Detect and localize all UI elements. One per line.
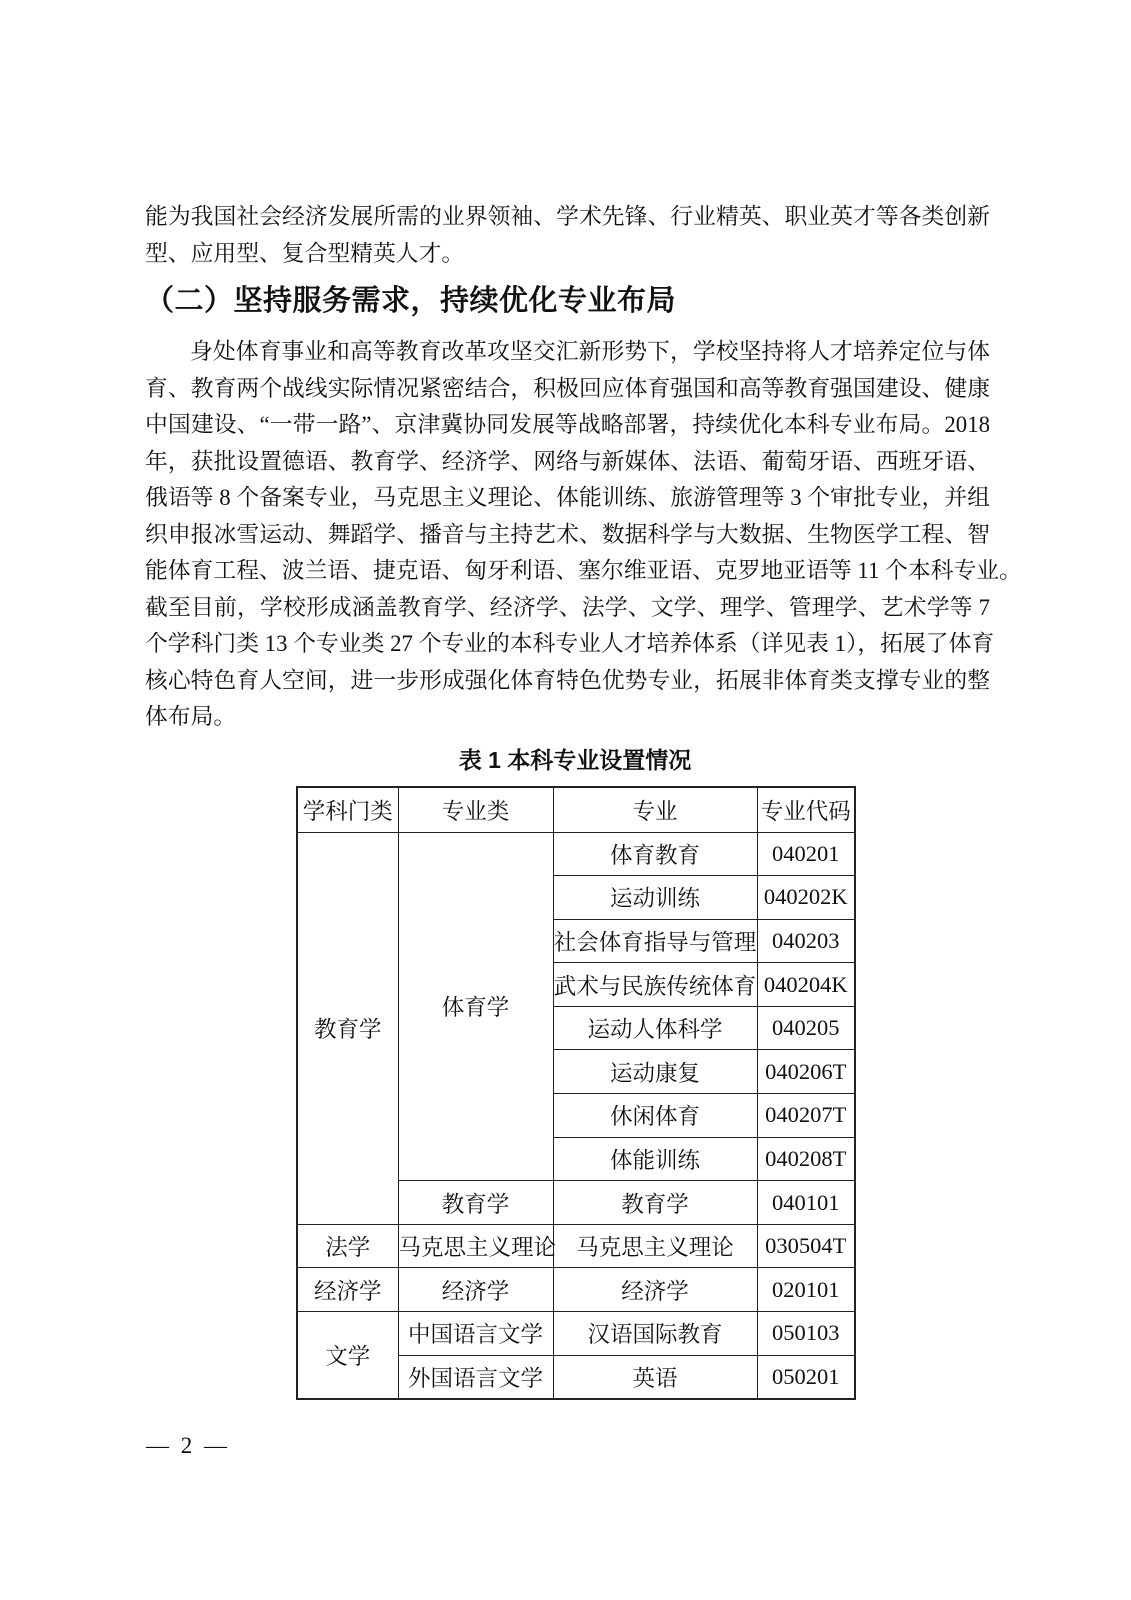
cell-code: 030504T (757, 1224, 855, 1268)
text-line: 中国建设、“一带一路”、京津冀协同发展等战略部署，持续优化本科专业布局。2018 (145, 407, 990, 444)
document-page: 能为我国社会经济发展所需的业界领袖、学术先锋、行业精英、职业英才等各类创新 型、… (0, 0, 1131, 1600)
cell-major: 马克思主义理论 (553, 1224, 757, 1268)
cell-major-class: 经济学 (398, 1268, 553, 1312)
col-header-major: 专业 (553, 787, 757, 833)
table-row: 经济学 经济学 经济学 020101 (297, 1268, 855, 1312)
cell-discipline: 文学 (297, 1312, 398, 1400)
page-number: — 2 — (146, 1433, 230, 1459)
text-line: 截至目前，学校形成涵盖教育学、经济学、法学、文学、理学、管理学、艺术学等 7 (145, 590, 990, 627)
text-line: 个学科门类 13 个专业类 27 个专业的本科专业人才培养体系（详见表 1），拓… (145, 626, 990, 663)
cell-code: 040204K (757, 963, 855, 1007)
cell-major: 休闲体育 (553, 1094, 757, 1138)
text-line: 核心特色育人空间，进一步形成强化体育特色优势专业，拓展非体育类支撑专业的整 (145, 663, 990, 700)
cell-major-class: 马克思主义理论 (398, 1224, 553, 1268)
body-paragraph: 身处体育事业和高等教育改革攻坚交汇新形势下，学校坚持将人才培养定位与体 育、教育… (145, 334, 990, 736)
cell-major: 英语 (553, 1355, 757, 1399)
table-header-row: 学科门类 专业类 专业 专业代码 (297, 787, 855, 833)
cell-major: 体能训练 (553, 1137, 757, 1181)
text-line: 能为我国社会经济发展所需的业界领袖、学术先锋、行业精英、职业英才等各类创新 (145, 199, 990, 236)
cell-major: 武术与民族传统体育 (553, 963, 757, 1007)
majors-table: 学科门类 专业类 专业 专业代码 教育学 体育学 体育教育 040201 运动训… (296, 786, 856, 1401)
col-header-discipline: 学科门类 (297, 787, 398, 833)
text-line: 年，获批设置德语、教育学、经济学、网络与新媒体、法语、葡萄牙语、西班牙语、 (145, 444, 990, 481)
cell-code: 040206T (757, 1050, 855, 1094)
cell-major: 运动人体科学 (553, 1006, 757, 1050)
text-line: 俄语等 8 个备案专业，马克思主义理论、体能训练、旅游管理等 3 个审批专业，并… (145, 480, 990, 517)
cell-major: 经济学 (553, 1268, 757, 1312)
text-line: 型、应用型、复合型精英人才。 (145, 236, 990, 273)
cell-discipline: 教育学 (297, 832, 398, 1224)
table-row: 教育学 体育学 体育教育 040201 (297, 832, 855, 876)
cell-major: 体育教育 (553, 832, 757, 876)
cell-major: 汉语国际教育 (553, 1312, 757, 1356)
cell-major-class: 体育学 (398, 832, 553, 1181)
cell-code: 040101 (757, 1181, 855, 1225)
cell-discipline: 法学 (297, 1224, 398, 1268)
text-line: 织申报冰雪运动、舞蹈学、播音与主持艺术、数据科学与大数据、生物医学工程、智 (145, 517, 990, 554)
cell-code: 050201 (757, 1355, 855, 1399)
cell-code: 040202K (757, 876, 855, 920)
table-row: 文学 中国语言文学 汉语国际教育 050103 (297, 1312, 855, 1356)
text-line: 能体育工程、波兰语、捷克语、匈牙利语、塞尔维亚语、克罗地亚语等 11 个本科专业… (145, 553, 990, 590)
cell-major-class: 外国语言文学 (398, 1355, 553, 1399)
table-row: 法学 马克思主义理论 马克思主义理论 030504T (297, 1224, 855, 1268)
cell-code: 050103 (757, 1312, 855, 1356)
cell-discipline: 经济学 (297, 1268, 398, 1312)
cell-major: 运动训练 (553, 876, 757, 920)
cell-major-class: 中国语言文学 (398, 1312, 553, 1356)
cell-major: 运动康复 (553, 1050, 757, 1094)
cell-code: 020101 (757, 1268, 855, 1312)
text-line: 体布局。 (145, 699, 990, 736)
table-title: 表 1 本科专业设置情况 (296, 745, 854, 775)
text-line: 育、教育两个战线实际情况紧密结合，积极回应体育强国和高等教育强国建设、健康 (145, 371, 990, 408)
cell-code: 040207T (757, 1094, 855, 1138)
cell-code: 040203 (757, 919, 855, 963)
cell-code: 040208T (757, 1137, 855, 1181)
intro-paragraph: 能为我国社会经济发展所需的业界领袖、学术先锋、行业精英、职业英才等各类创新 型、… (145, 199, 990, 272)
cell-major: 社会体育指导与管理 (553, 919, 757, 963)
cell-major-class: 教育学 (398, 1181, 553, 1225)
col-header-major-class: 专业类 (398, 787, 553, 833)
cell-major: 教育学 (553, 1181, 757, 1225)
col-header-code: 专业代码 (757, 787, 855, 833)
page-content: 能为我国社会经济发展所需的业界领袖、学术先锋、行业精英、职业英才等各类创新 型、… (145, 0, 990, 1400)
section-heading: （二）坚持服务需求，持续优化专业布局 (145, 281, 990, 321)
cell-code: 040205 (757, 1006, 855, 1050)
text-line: 身处体育事业和高等教育改革攻坚交汇新形势下，学校坚持将人才培养定位与体 (145, 334, 990, 371)
cell-code: 040201 (757, 832, 855, 876)
